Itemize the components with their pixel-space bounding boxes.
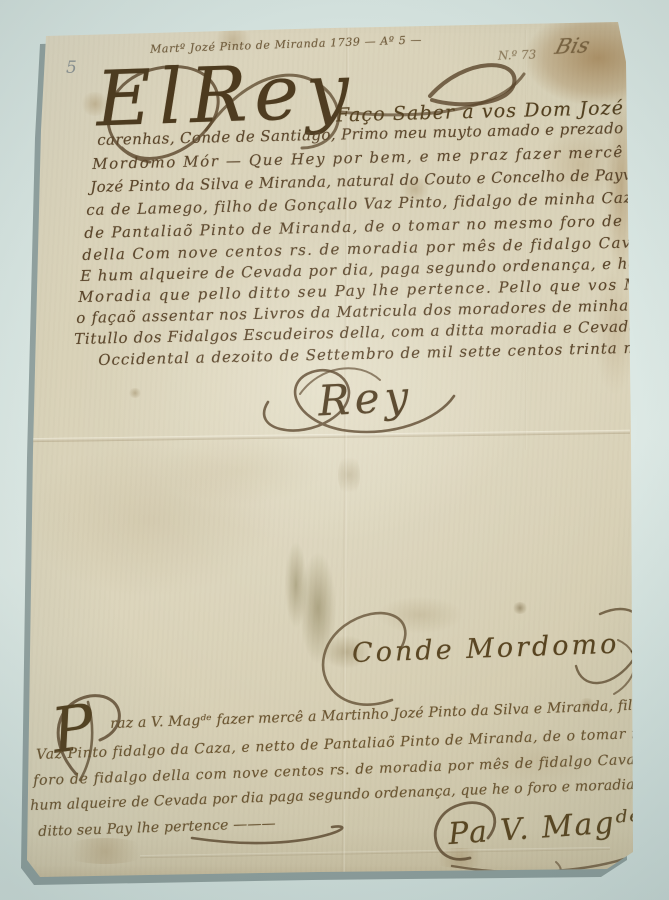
registry-number: N.º 73 xyxy=(498,47,537,62)
photo-background: Martº Jozé Pinto de Miranda 1739 — Aº 5 … xyxy=(0,0,669,900)
endorsement-signature: Pa V. Magᵈᵉ ver xyxy=(447,799,669,852)
petition-line: raz a V. Magᵈᵉ fazer mercê a Martinho Jo… xyxy=(110,694,669,732)
ink-smudge xyxy=(512,602,528,614)
ink-smudge xyxy=(338,452,360,498)
fold-crease-horizontal xyxy=(30,430,630,442)
petition-line: ditto seu Pay lhe pertence ——— xyxy=(38,816,276,840)
pencil-number: 5 xyxy=(66,58,77,78)
damp-stain xyxy=(128,388,142,398)
damp-stain xyxy=(60,838,150,864)
fold-crease-horizontal xyxy=(140,847,610,858)
registry-flourish-mark: Bis xyxy=(552,33,592,59)
royal-rubric: Rey xyxy=(317,372,415,426)
countersignature: Conde Mordomo Mor xyxy=(352,626,669,669)
manuscript-paper: Martº Jozé Pinto de Miranda 1739 — Aº 5 … xyxy=(0,0,669,900)
